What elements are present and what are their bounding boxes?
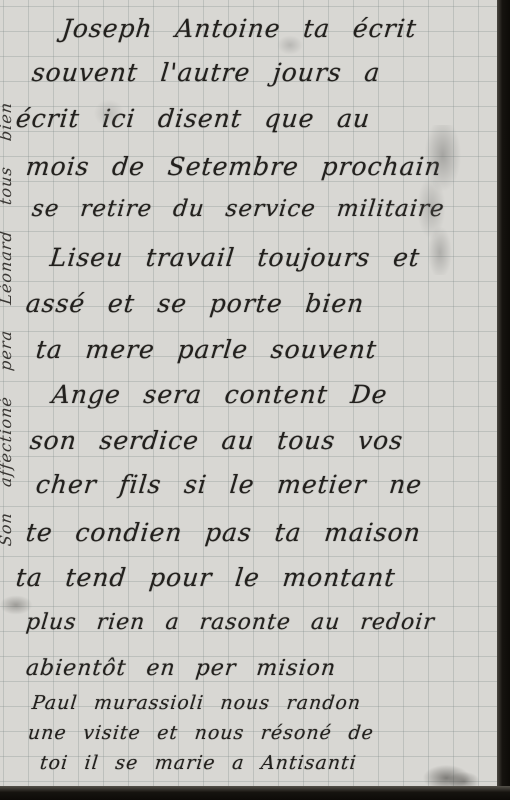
letter-line: écrit ici disent que au [14,104,371,133]
letter-line: plus rien a rasonte au redoir [25,610,436,635]
letter-line: abientôt en per mision [25,656,338,681]
letter-line: toi il se marie a Antisanti [39,752,358,774]
letter-line: se retire du service militaire [31,196,446,222]
letter-line: Liseu travail toujours et [48,243,421,272]
letter-line: cher fils si le metier ne [34,470,423,499]
margin-note: Son affectioné pera Léonard tous bien [0,0,15,547]
letter-line: mois de Setembre prochain [24,152,443,181]
letter-line: te condien pas ta maison [24,518,422,547]
letter-line: ta tend pour le montant [14,563,397,592]
scan-edge-bottom [0,786,510,800]
letter-line: Ange sera content De [50,380,389,409]
letter-line: ta mere parle souvent [34,335,378,364]
letter-line: son serdice au tous vos [28,426,404,455]
letter-line: une visite et nous résoné de [27,722,375,744]
letter-line: assé et se porte bien [24,289,365,318]
letter-line: Joseph Antoine ta écrit [60,14,418,43]
letter-page: Son affectioné pera Léonard tous bien Jo… [0,0,510,800]
letter-line: souvent l'autre jours a [30,58,381,87]
letter-line: Paul murassioli nous randon [31,692,362,714]
scan-edge-right [497,0,510,800]
